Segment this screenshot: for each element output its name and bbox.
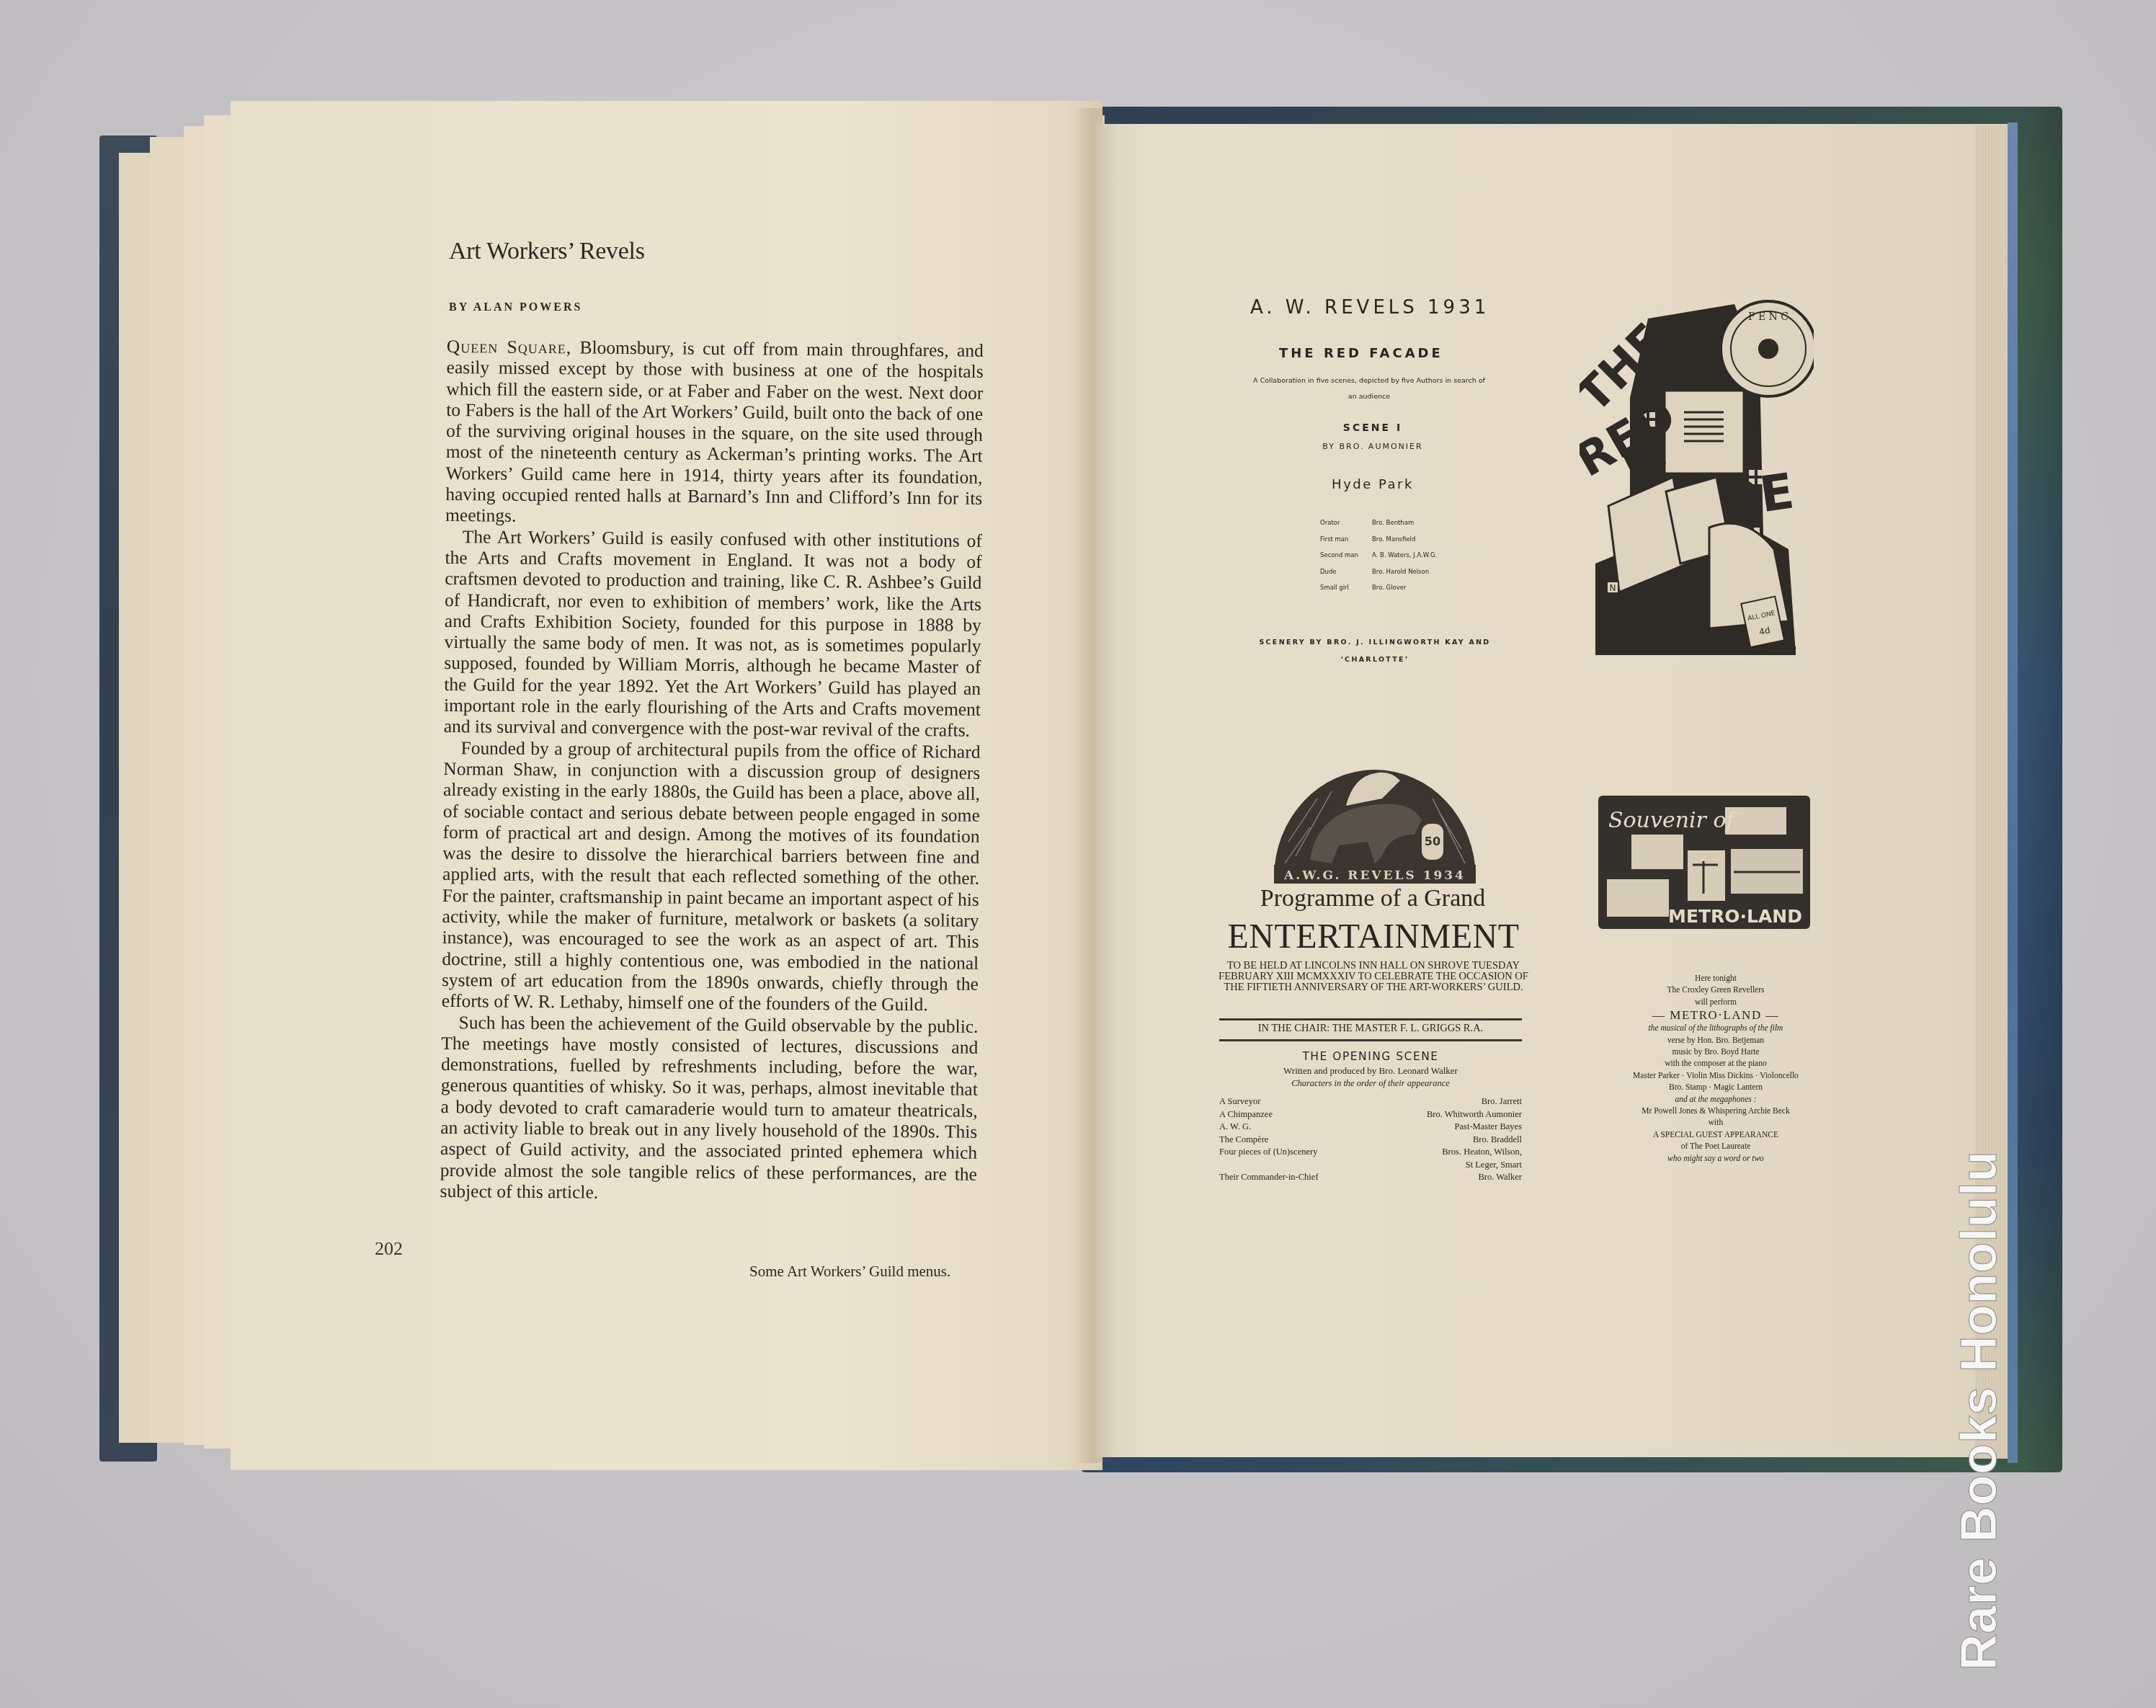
cast-row: Small girlBro. Glover — [1320, 580, 1437, 597]
figure-caption: Some Art Workers’ Guild menus. — [749, 1263, 950, 1281]
book-gutter — [1074, 108, 1117, 1463]
paragraph: Such has been the achievement of the Gui… — [440, 1011, 979, 1206]
divider — [1219, 1018, 1522, 1020]
opening-scene-cast: A SurveyorBro. Jarrett A ChimpanzeeBro. … — [1219, 1095, 1522, 1184]
metroland-programme-text: Here tonight The Croxley Green Revellers… — [1611, 973, 1820, 1165]
woodcut-band-text: A.W.G. REVELS 1934 — [1283, 868, 1466, 883]
red-facade-woodcut-illustration: P E N C THE RED DE ALL ONE 4d N — [1580, 290, 1814, 670]
cast-row: Four pieces of (Un)sceneryBros. Heaton, … — [1219, 1146, 1522, 1159]
metroland-image-title: METRO·LAND — [1668, 906, 1802, 927]
red-facade-heading: A. W. REVELS 1931 — [1250, 297, 1495, 319]
paragraph: Founded by a group of architectural pupi… — [442, 737, 981, 1016]
cast-row: Their Commander-in-ChiefBro. Walker — [1219, 1171, 1522, 1184]
bull-rider-woodcut: 50 A.W.G. REVELS 1934 — [1267, 755, 1483, 885]
paragraph: The Art Workers’ Guild is easily confuse… — [444, 526, 982, 742]
cast-row: The CompèreBro. Braddell — [1219, 1134, 1522, 1147]
red-facade-scene: SCENE I — [1290, 422, 1456, 434]
book-cover-right-edge — [2008, 123, 2018, 1463]
article-title: Art Workers’ Revels — [449, 238, 645, 265]
article-body: Queen Square, Bloomsbury, is cut off fro… — [440, 336, 984, 1206]
cast-row: A SurveyorBro. Jarrett — [1219, 1095, 1522, 1108]
cast-row: Second manA. B. Waters, J.A.W.G. — [1320, 548, 1437, 564]
chair-line: IN THE CHAIR: THE MASTER F. L. GRIGGS R.… — [1219, 1023, 1522, 1035]
programme-line: Programme of a Grand — [1211, 885, 1535, 912]
cast-row: A ChimpanzeeBro. Whitworth Aumonier — [1219, 1108, 1522, 1121]
watermark-text: Rare Books Honolulu — [1950, 1151, 2008, 1671]
paragraph-text: Bloomsbury, is cut off from main through… — [445, 337, 984, 526]
red-facade-title: THE RED FACADE — [1279, 346, 1466, 361]
paragraph-lead: Queen Square, — [447, 336, 572, 357]
souvenir-script: Souvenir of — [1608, 808, 1737, 833]
metroland-title: — METRO·LAND — — [1611, 1008, 1820, 1023]
cast-row: First manBro. Mansfield — [1320, 532, 1437, 548]
paragraph: Queen Square, Bloomsbury, is cut off fro… — [445, 336, 984, 530]
medallion-text: P E N C — [1748, 311, 1788, 323]
metroland-souvenir-image: Souvenir of METRO·LAND — [1595, 793, 1813, 932]
red-facade-scene-author: BY BRO. AUMONIER — [1290, 442, 1456, 451]
red-facade-cast-list: OratorBro. Bentham First manBro. Mansfie… — [1320, 515, 1437, 597]
svg-text:DE: DE — [1716, 463, 1798, 530]
written-by: Written and produced by Bro. Leonard Wal… — [1219, 1065, 1522, 1077]
entertainment-title: ENTERTAINMENT — [1208, 917, 1539, 956]
cast-row: DudeBro. Harold Nelson — [1320, 564, 1437, 581]
cast-row: St Leger, Smart — [1219, 1159, 1522, 1172]
svg-text:N: N — [1610, 583, 1616, 593]
page-number: 202 — [375, 1238, 403, 1260]
right-page — [1095, 124, 2008, 1457]
red-facade-scenery-credit: SCENERY BY BRO. J. ILLINGWORTH KAY AND ‘… — [1252, 634, 1497, 669]
opening-scene-title: THE OPENING SCENE — [1219, 1050, 1522, 1063]
article-byline: BY ALAN POWERS — [449, 301, 582, 314]
characters-note: Characters in the order of their appeara… — [1219, 1078, 1522, 1089]
cast-row: OratorBro. Bentham — [1320, 515, 1437, 532]
divider — [1219, 1039, 1522, 1041]
event-details: TO BE HELD AT LINCOLNS INN HALL ON SHROV… — [1216, 961, 1531, 993]
red-facade-description: A Collaboration in five scenes, depicted… — [1250, 373, 1488, 405]
milestone-number: 50 — [1425, 835, 1440, 848]
cast-row: A. W. G.Past-Master Bayes — [1219, 1121, 1522, 1134]
red-facade-location: Hyde Park — [1290, 477, 1456, 492]
